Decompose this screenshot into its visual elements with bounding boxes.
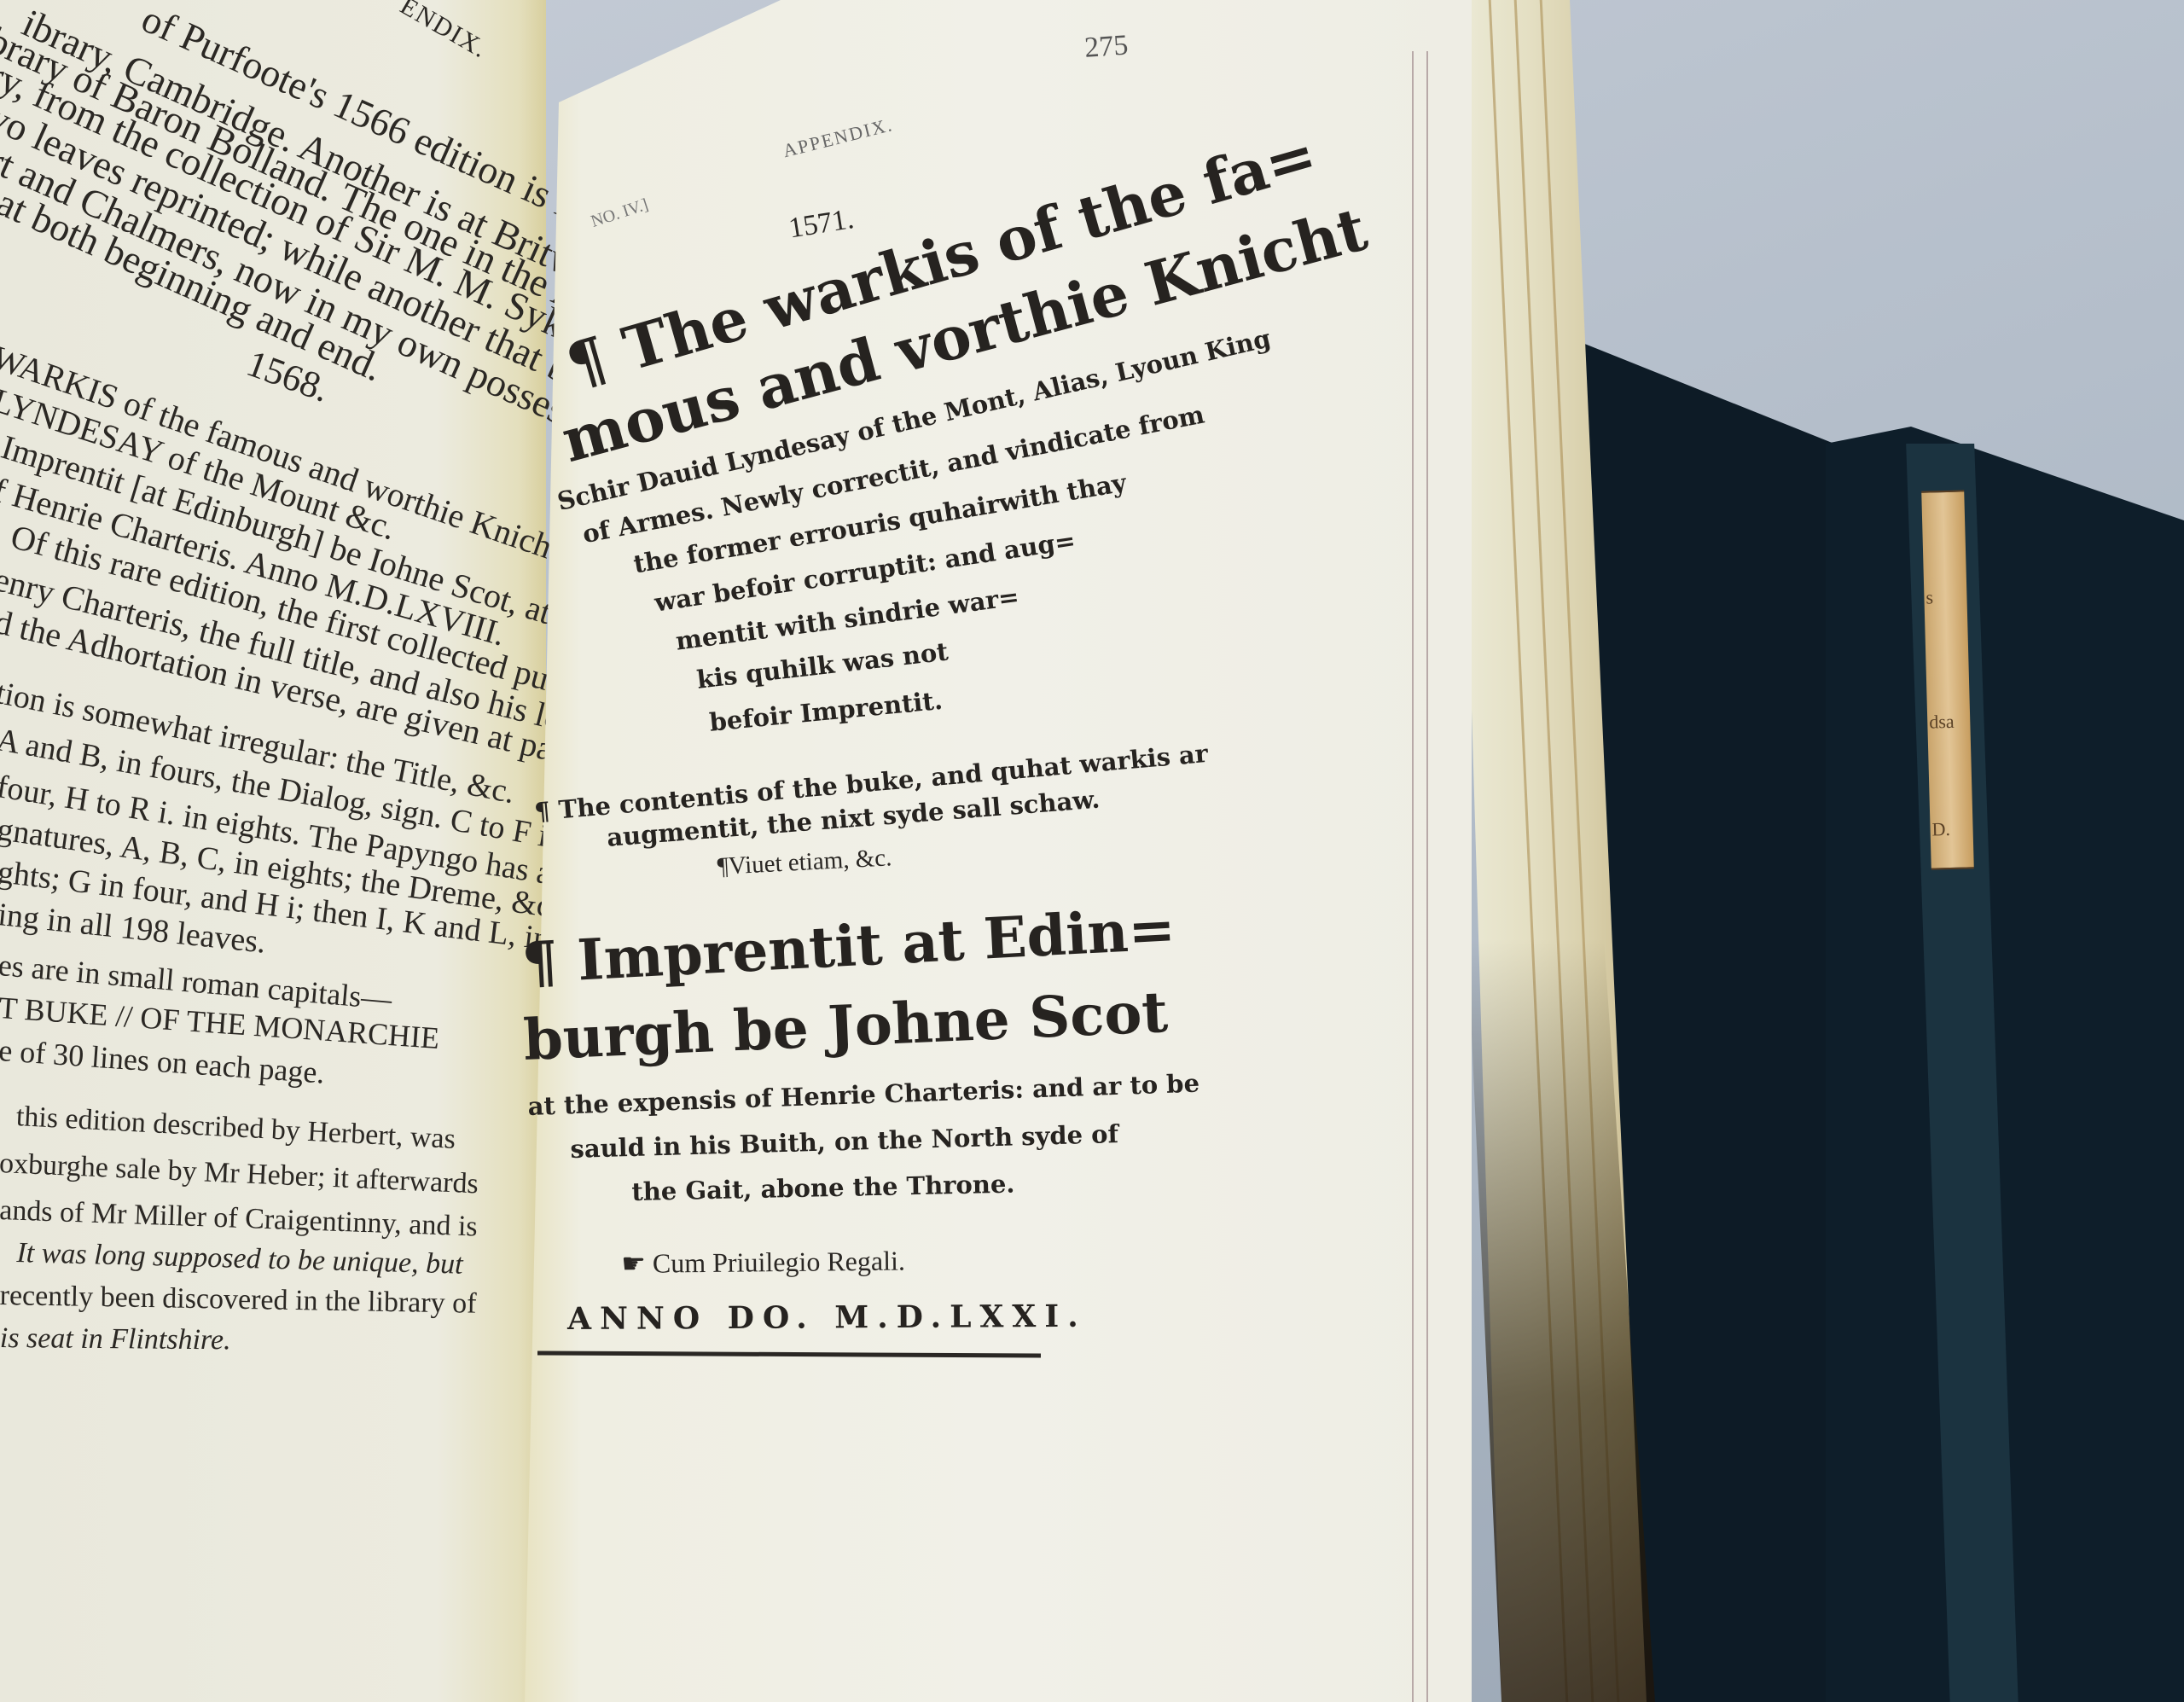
text-line: is seat in Flintshire. [0,1322,231,1356]
text-line: recently been discovered in the library … [0,1280,477,1321]
page-number: 275 [1083,29,1130,64]
date-line: ANNO DO. M.D.LXXI. [567,1298,1087,1337]
left-page: ENDIX. of Purfoote's 1566 edition is in … [0,0,546,1702]
page-rule-line [1412,51,1414,1702]
spine-label-text: s [1926,585,1967,608]
page-rule-line [1426,51,1428,1702]
privilege-text: Cum Priuilegio Regali. [653,1246,905,1279]
privilege-line: ☛ Cum Priuilegio Regali. [621,1245,905,1280]
text-line: It was long supposed to be unique, but [16,1237,463,1281]
running-head: ENDIX. [395,0,493,65]
spine-label-text: D. [1931,817,1973,840]
text-line: oxburghe sale by Mr Heber; it afterwards [0,1147,479,1200]
pointing-hand-icon: ☛ [621,1247,646,1280]
text-line: ands of Mr Miller of Craigentinny, and i… [0,1194,478,1244]
text-line: this edition described by Herbert, was [15,1101,456,1156]
spine-label-text: dsa [1929,710,1971,733]
